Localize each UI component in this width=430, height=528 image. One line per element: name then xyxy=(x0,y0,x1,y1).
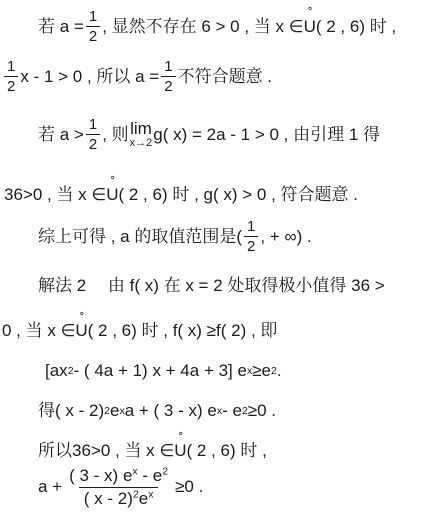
math-line-1: 若 a = 1 2 , 显然不存在 6 > 0 , 当 x ∈ ˚ U ( 2 … xyxy=(38,8,396,46)
math-line-9: 得( x - 2)2exa + ( 3 - x) ex - e2 ≥0 . xyxy=(38,400,276,422)
fraction-denominator: 2 xyxy=(244,236,258,255)
text-run: ≥e xyxy=(252,360,271,382)
fraction-denominator: 2 xyxy=(4,76,18,95)
text-run: [ax xyxy=(45,360,68,382)
fraction-one-half: 1 2 xyxy=(86,8,100,46)
text-run: - ( 4a + 1) x + 4a + 3] e xyxy=(74,360,247,382)
text-run: - e xyxy=(138,466,163,485)
fraction-expression: ( 3 - x) ex - e2 ( x - 2)2ex xyxy=(64,466,173,508)
fraction-denominator: 2 xyxy=(86,26,100,45)
limit-subscript: x→2 xyxy=(130,138,153,149)
text-run: ( 2 , 6) 时 , xyxy=(187,440,267,462)
text-run: , 则 xyxy=(102,124,128,146)
math-line-7: 0 , 当 x ∈ ˚ U ( 2 , 6) 时 , f( x) ≥f( 2) … xyxy=(2,320,277,342)
fraction-numerator: 1 xyxy=(244,218,258,236)
text-run: ( 2 , 6) 时 , f( x) ≥f( 2) , 即 xyxy=(88,320,278,342)
text-run: e xyxy=(110,400,119,422)
ring-above-icon: ˚ xyxy=(308,7,313,21)
text-run: 解法 2 由 f( x) 在 x = 2 处取得极小值得 36 > xyxy=(38,275,385,297)
fraction-numerator: 1 xyxy=(161,58,175,76)
text-run: a + xyxy=(38,476,62,498)
text-run: ≥0 . xyxy=(175,476,203,498)
text-run: - e xyxy=(222,400,242,422)
text-run: 得( x - 2) xyxy=(38,400,104,422)
text-run: x - 1 > 0 , 所以 a = xyxy=(20,66,159,88)
deleted-neighborhood-symbol: ˚ U xyxy=(106,184,118,206)
fraction-numerator: 1 xyxy=(86,116,100,134)
text-run: g( x) = 2a - 1 > 0 , 由引理 1 得 xyxy=(153,124,380,146)
text-run: . xyxy=(277,360,282,382)
math-line-8: [ax2 - ( 4a + 1) x + 4a + 3] ex ≥e2 . xyxy=(45,360,282,382)
text-run: ( 3 - x) e xyxy=(69,466,132,485)
fraction-one-half: 1 2 xyxy=(244,218,258,256)
fraction-numerator: ( 3 - x) ex - e2 xyxy=(64,466,173,487)
math-line-6: 解法 2 由 f( x) 在 x = 2 处取得极小值得 36 > xyxy=(38,275,385,297)
fraction-numerator: 1 xyxy=(86,8,100,26)
math-line-2: 1 2 x - 1 > 0 , 所以 a = 1 2 不符合题意 . xyxy=(2,58,272,96)
text-run: 不符合题意 . xyxy=(178,66,272,88)
deleted-neighborhood-symbol: ˚ U xyxy=(304,16,316,38)
fraction-one-half: 1 2 xyxy=(86,116,100,154)
text-run: 所以36>0 , 当 x ∈ xyxy=(38,440,174,462)
text-run: 综上可得 , a 的取值范围是( xyxy=(38,226,242,248)
fraction-numerator: 1 xyxy=(4,58,18,76)
deleted-neighborhood-symbol: ˚ U xyxy=(75,320,87,342)
math-solution-document: 若 a = 1 2 , 显然不存在 6 > 0 , 当 x ∈ ˚ U ( 2 … xyxy=(0,0,430,528)
text-run: ( 2 , 6) 时 , g( x) > 0 , 符合题意 . xyxy=(119,184,358,206)
text-run: 0 , 当 x ∈ xyxy=(2,320,75,342)
text-run: , + ∞) . xyxy=(260,226,311,248)
fraction-denominator: ( x - 2)2ex xyxy=(79,487,159,509)
deleted-neighborhood-symbol: ˚ U xyxy=(174,440,186,462)
math-line-10: 所以36>0 , 当 x ∈ ˚ U ( 2 , 6) 时 , xyxy=(38,440,267,462)
superscript: x xyxy=(148,488,153,500)
ring-above-icon: ˚ xyxy=(80,312,85,326)
superscript: 2 xyxy=(162,465,168,477)
ring-above-icon: ˚ xyxy=(111,176,116,190)
fraction-one-half: 1 2 xyxy=(4,58,18,96)
text-run: 若 a > xyxy=(38,124,84,146)
text-run: a + ( 3 - x) e xyxy=(125,400,217,422)
text-run: 36>0 , 当 x ∈ xyxy=(4,184,106,206)
ring-above-icon: ˚ xyxy=(179,432,184,446)
text-run: ≥0 . xyxy=(248,400,276,422)
fraction-denominator: 2 xyxy=(161,76,175,95)
text-run: 若 a = xyxy=(38,16,84,38)
limit-word: lim xyxy=(130,120,152,137)
math-line-11: a + ( 3 - x) ex - e2 ( x - 2)2ex ≥0 . xyxy=(38,466,203,508)
fraction-denominator: 2 xyxy=(86,134,100,153)
math-line-3: 若 a > 1 2 , 则 lim x→2 g( x) = 2a - 1 > 0… xyxy=(38,116,380,154)
text-run: , 显然不存在 6 > 0 , 当 x ∈ xyxy=(102,16,303,38)
math-line-5: 综上可得 , a 的取值范围是( 1 2 , + ∞) . xyxy=(38,218,312,256)
text-run: e xyxy=(139,489,148,508)
fraction-one-half: 1 2 xyxy=(161,58,175,96)
text-run: ( 2 , 6) 时 , xyxy=(316,16,396,38)
limit-operator: lim x→2 xyxy=(130,120,153,149)
text-run: ( x - 2) xyxy=(84,489,133,508)
math-line-4: 36>0 , 当 x ∈ ˚ U ( 2 , 6) 时 , g( x) > 0 … xyxy=(4,184,358,206)
